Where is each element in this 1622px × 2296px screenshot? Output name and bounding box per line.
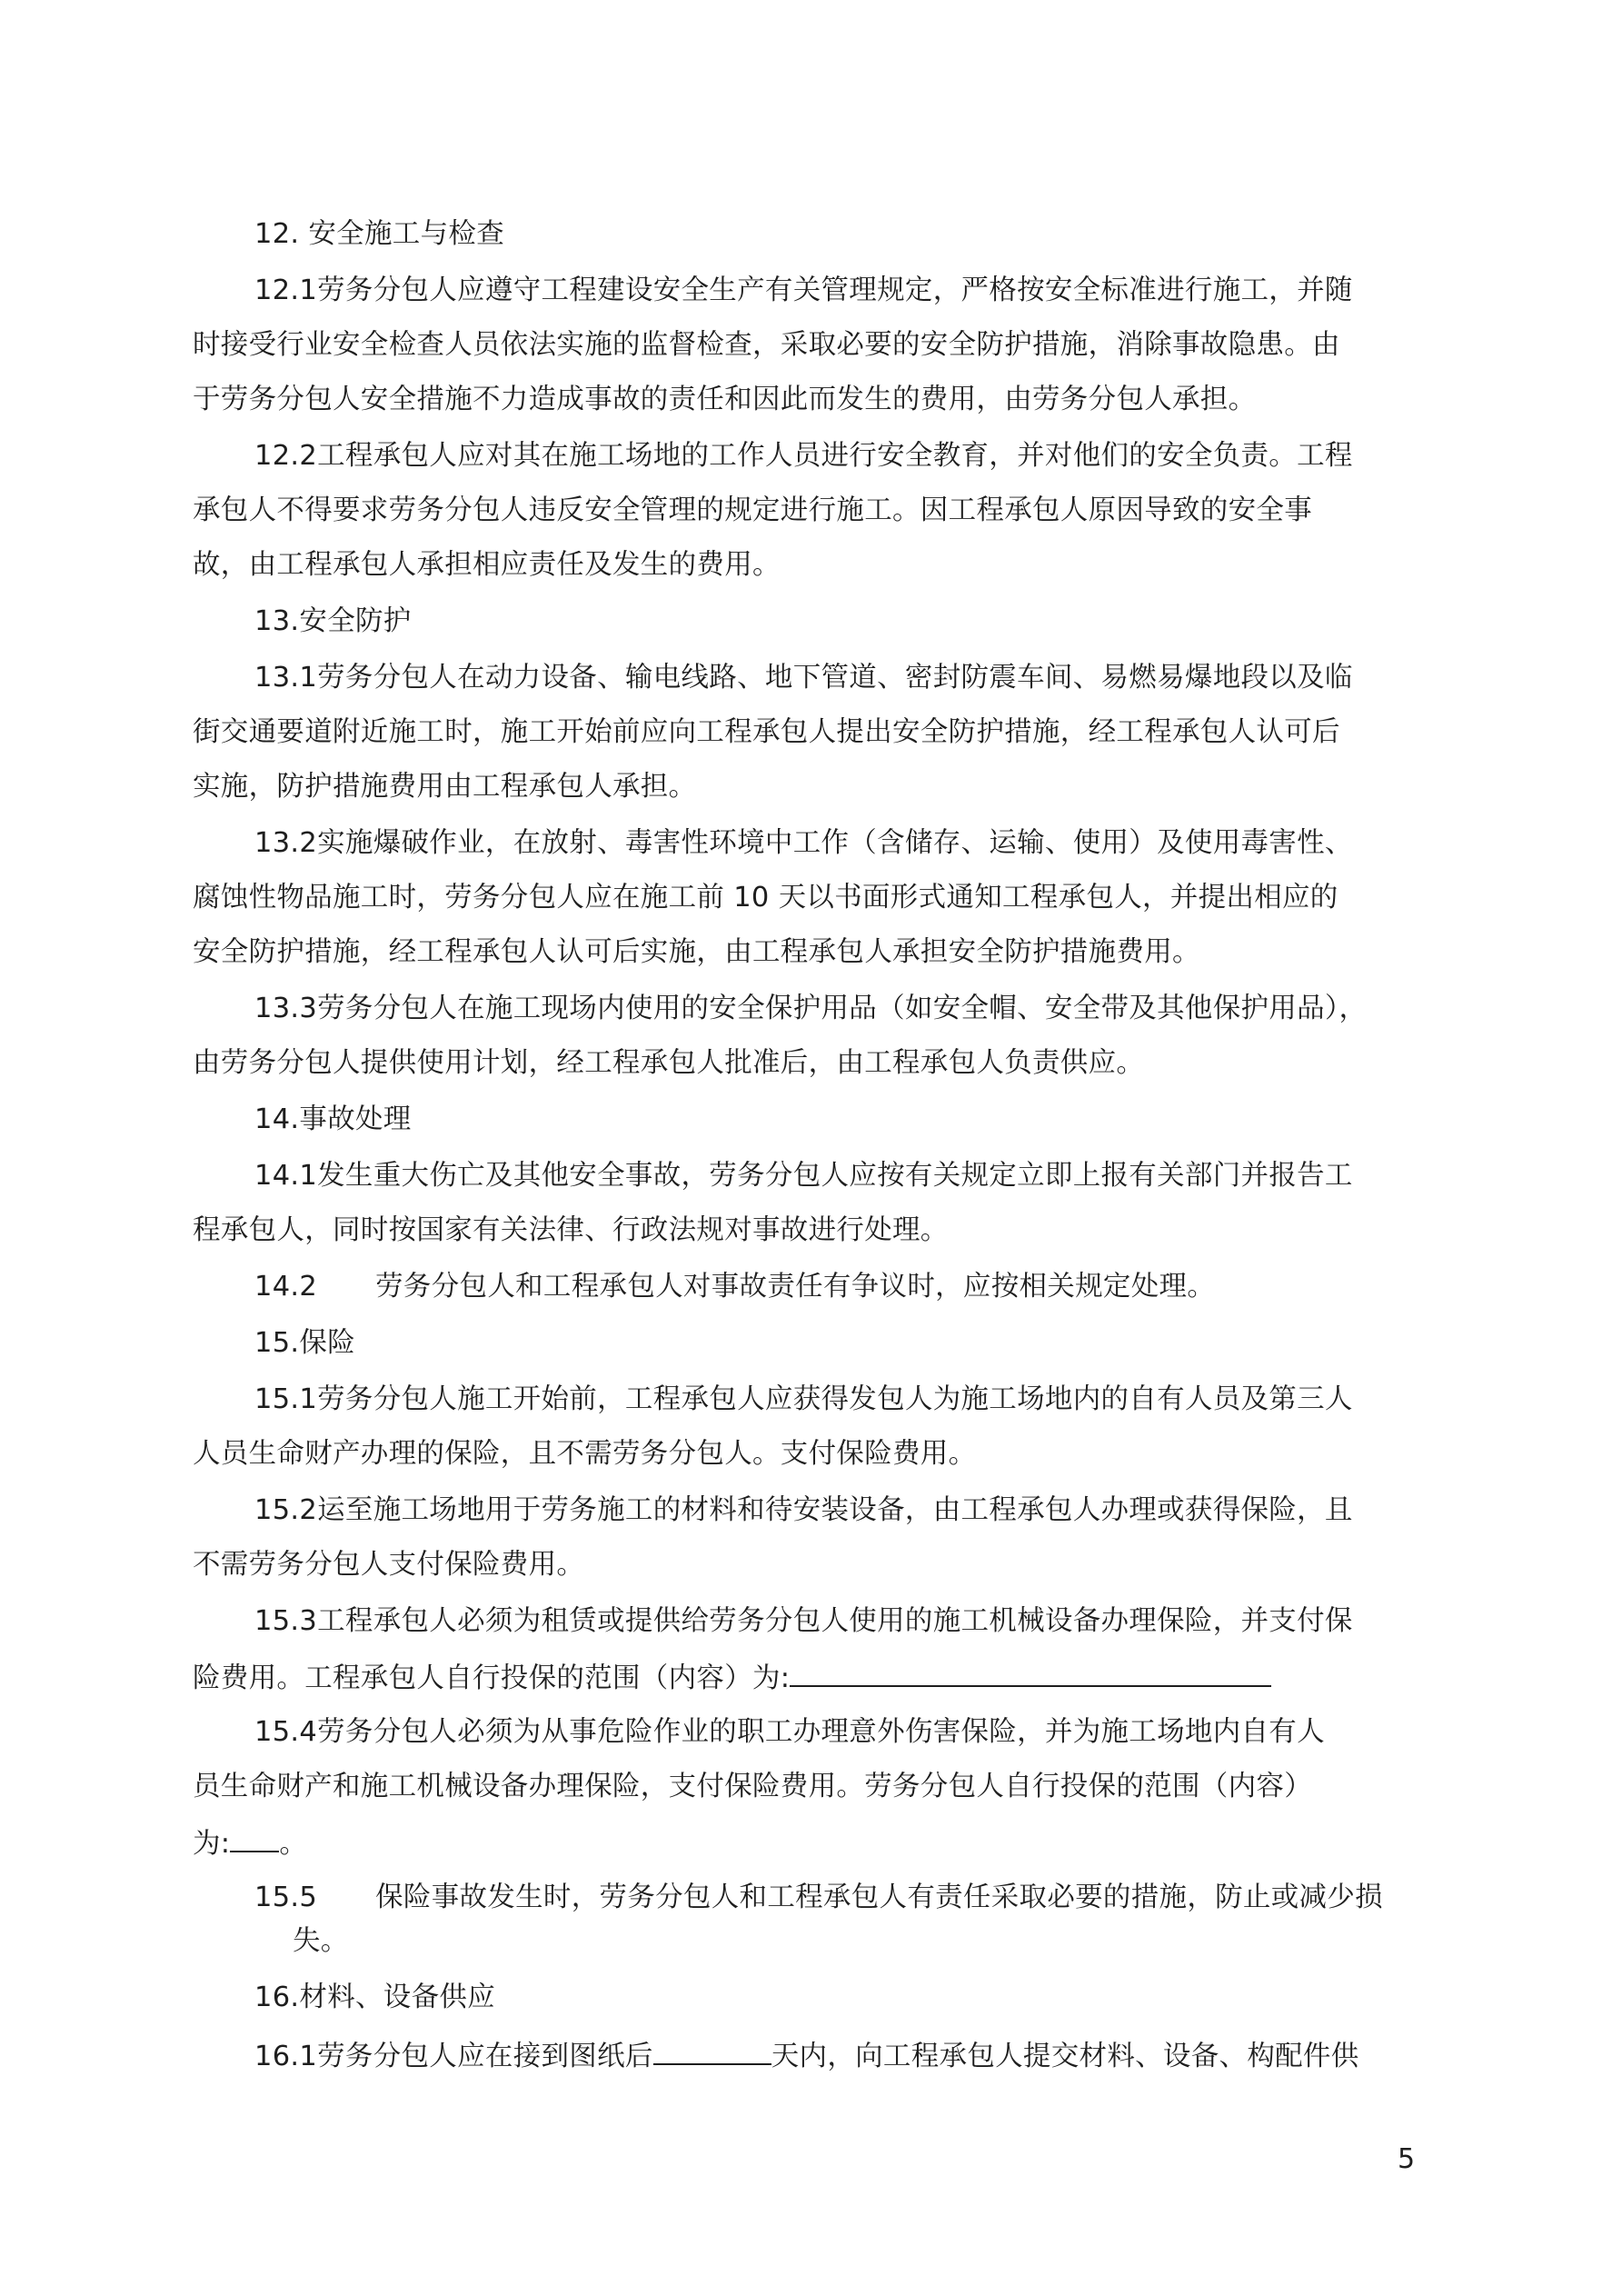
paragraph-line: 程承包人，同时按国家有关法律、行政法规对事故进行处理。 <box>193 1213 949 1249</box>
paragraph-line: 15.3工程承包人必须为租赁或提供给劳务分包人使用的施工机械设备办理保险，并支付… <box>254 1603 1353 1640</box>
paragraph-line: 不需劳务分包人支付保险费用。 <box>193 1547 584 1583</box>
paragraph-line: 13.1劳务分包人在动力设备、输电线路、地下管道、密封防震车间、易燃易爆地段以及… <box>254 660 1353 696</box>
paragraph-line: 失。 <box>293 1923 349 1960</box>
clause-number: 14.2 <box>254 1271 317 1303</box>
paragraph-line-14-2: 14.2劳务分包人和工程承包人对事故责任有争议时，应按相关规定处理。 <box>254 1269 1215 1305</box>
paragraph-line: 于劳务分包人安全措施不力造成事故的责任和因此而发生的费用，由劳务分包人承担。 <box>193 382 1256 418</box>
paragraph-line-with-blank: 险费用。工程承包人自行投保的范围（内容）为: <box>193 1658 1271 1697</box>
clause-text: 保险事故发生时，劳务分包人和工程承包人有责任采取必要的措施，防止或减少损 <box>375 1882 1383 1913</box>
paragraph-line: 15.2运至施工场地用于劳务施工的材料和待安装设备，由工程承包人办理或获得保险，… <box>254 1492 1353 1529</box>
clause-text: 16.1劳务分包人应在接到图纸后 <box>254 2041 653 2072</box>
section-heading-13: 13.安全防护 <box>254 604 412 640</box>
paragraph-line: 12.2工程承包人应对其在施工场地的工作人员进行安全教育，并对他们的安全负责。工… <box>254 438 1353 474</box>
paragraph-line: 员生命财产和施工机械设备办理保险，支付保险费用。劳务分包人自行投保的范围（内容） <box>193 1769 1312 1805</box>
clause-text: 劳务分包人和工程承包人对事故责任有争议时，应按相关规定处理。 <box>375 1271 1215 1303</box>
page-number: 5 <box>1398 2143 1415 2176</box>
fill-in-blank-field[interactable] <box>653 2036 771 2065</box>
fill-in-blank-field[interactable] <box>790 1658 1271 1687</box>
paragraph-line: 故，由工程承包人承担相应责任及发生的费用。 <box>193 547 781 584</box>
clause-text-suffix: 天内，向工程承包人提交材料、设备、构配件供 <box>771 2041 1359 2072</box>
clause-text-suffix: 。 <box>279 1828 307 1860</box>
paragraph-line: 时接受行业安全检查人员依法实施的监督检查，采取必要的安全防护措施，消除事故隐患。… <box>193 327 1340 364</box>
paragraph-line: 15.4劳务分包人必须为从事危险作业的职工办理意外伤害保险，并为施工场地内自有人 <box>254 1714 1325 1751</box>
paragraph-line-with-blank: 为:。 <box>193 1823 307 1862</box>
paragraph-line: 腐蚀性物品施工时，劳务分包人应在施工前 10 天以书面形式通知工程承包人，并提出… <box>193 880 1338 916</box>
paragraph-line-with-blank: 16.1劳务分包人应在接到图纸后天内，向工程承包人提交材料、设备、构配件供 <box>254 2036 1359 2075</box>
paragraph-line-15-5: 15.5保险事故发生时，劳务分包人和工程承包人有责任采取必要的措施，防止或减少损 <box>254 1880 1383 1916</box>
paragraph-line: 12.1劳务分包人应遵守工程建设安全生产有关管理规定，严格按安全标准进行施工，并… <box>254 273 1353 309</box>
paragraph-line: 承包人不得要求劳务分包人违反安全管理的规定进行施工。因工程承包人原因导致的安全事 <box>193 493 1312 529</box>
section-heading-16: 16.材料、设备供应 <box>254 1980 495 2016</box>
paragraph-line: 实施，防护措施费用由工程承包人承担。 <box>193 769 696 805</box>
paragraph-line: 安全防护措施，经工程承包人认可后实施，由工程承包人承担安全防护措施费用。 <box>193 934 1200 971</box>
paragraph-line: 13.3劳务分包人在施工现场内使用的安全保护用品（如安全帽、安全带及其他保护用品… <box>254 991 1367 1027</box>
paragraph-line: 由劳务分包人提供使用计划，经工程承包人批准后，由工程承包人负责供应。 <box>193 1045 1144 1082</box>
section-heading-14: 14.事故处理 <box>254 1102 412 1138</box>
clause-text: 为: <box>193 1828 230 1860</box>
paragraph-line: 13.2实施爆破作业，在放射、毒害性环境中工作（含储存、运输、使用）及使用毒害性… <box>254 825 1353 862</box>
paragraph-line: 街交通要道附近施工时，施工开始前应向工程承包人提出安全防护措施，经工程承包人认可… <box>193 714 1340 751</box>
section-heading-15: 15.保险 <box>254 1325 355 1362</box>
fill-in-blank-field[interactable] <box>230 1823 279 1852</box>
document-page: 12. 安全施工与检查 12.1劳务分包人应遵守工程建设安全生产有关管理规定，严… <box>0 0 1622 2296</box>
clause-number: 15.5 <box>254 1882 317 1913</box>
section-heading-12: 12. 安全施工与检查 <box>254 216 504 253</box>
paragraph-line: 15.1劳务分包人施工开始前，工程承包人应获得发包人为施工场地内的自有人员及第三… <box>254 1382 1353 1418</box>
paragraph-line: 人员生命财产办理的保险，且不需劳务分包人。支付保险费用。 <box>193 1436 976 1472</box>
paragraph-line: 14.1发生重大伤亡及其他安全事故，劳务分包人应按有关规定立即上报有关部门并报告… <box>254 1158 1353 1194</box>
clause-text: 险费用。工程承包人自行投保的范围（内容）为: <box>193 1662 790 1694</box>
